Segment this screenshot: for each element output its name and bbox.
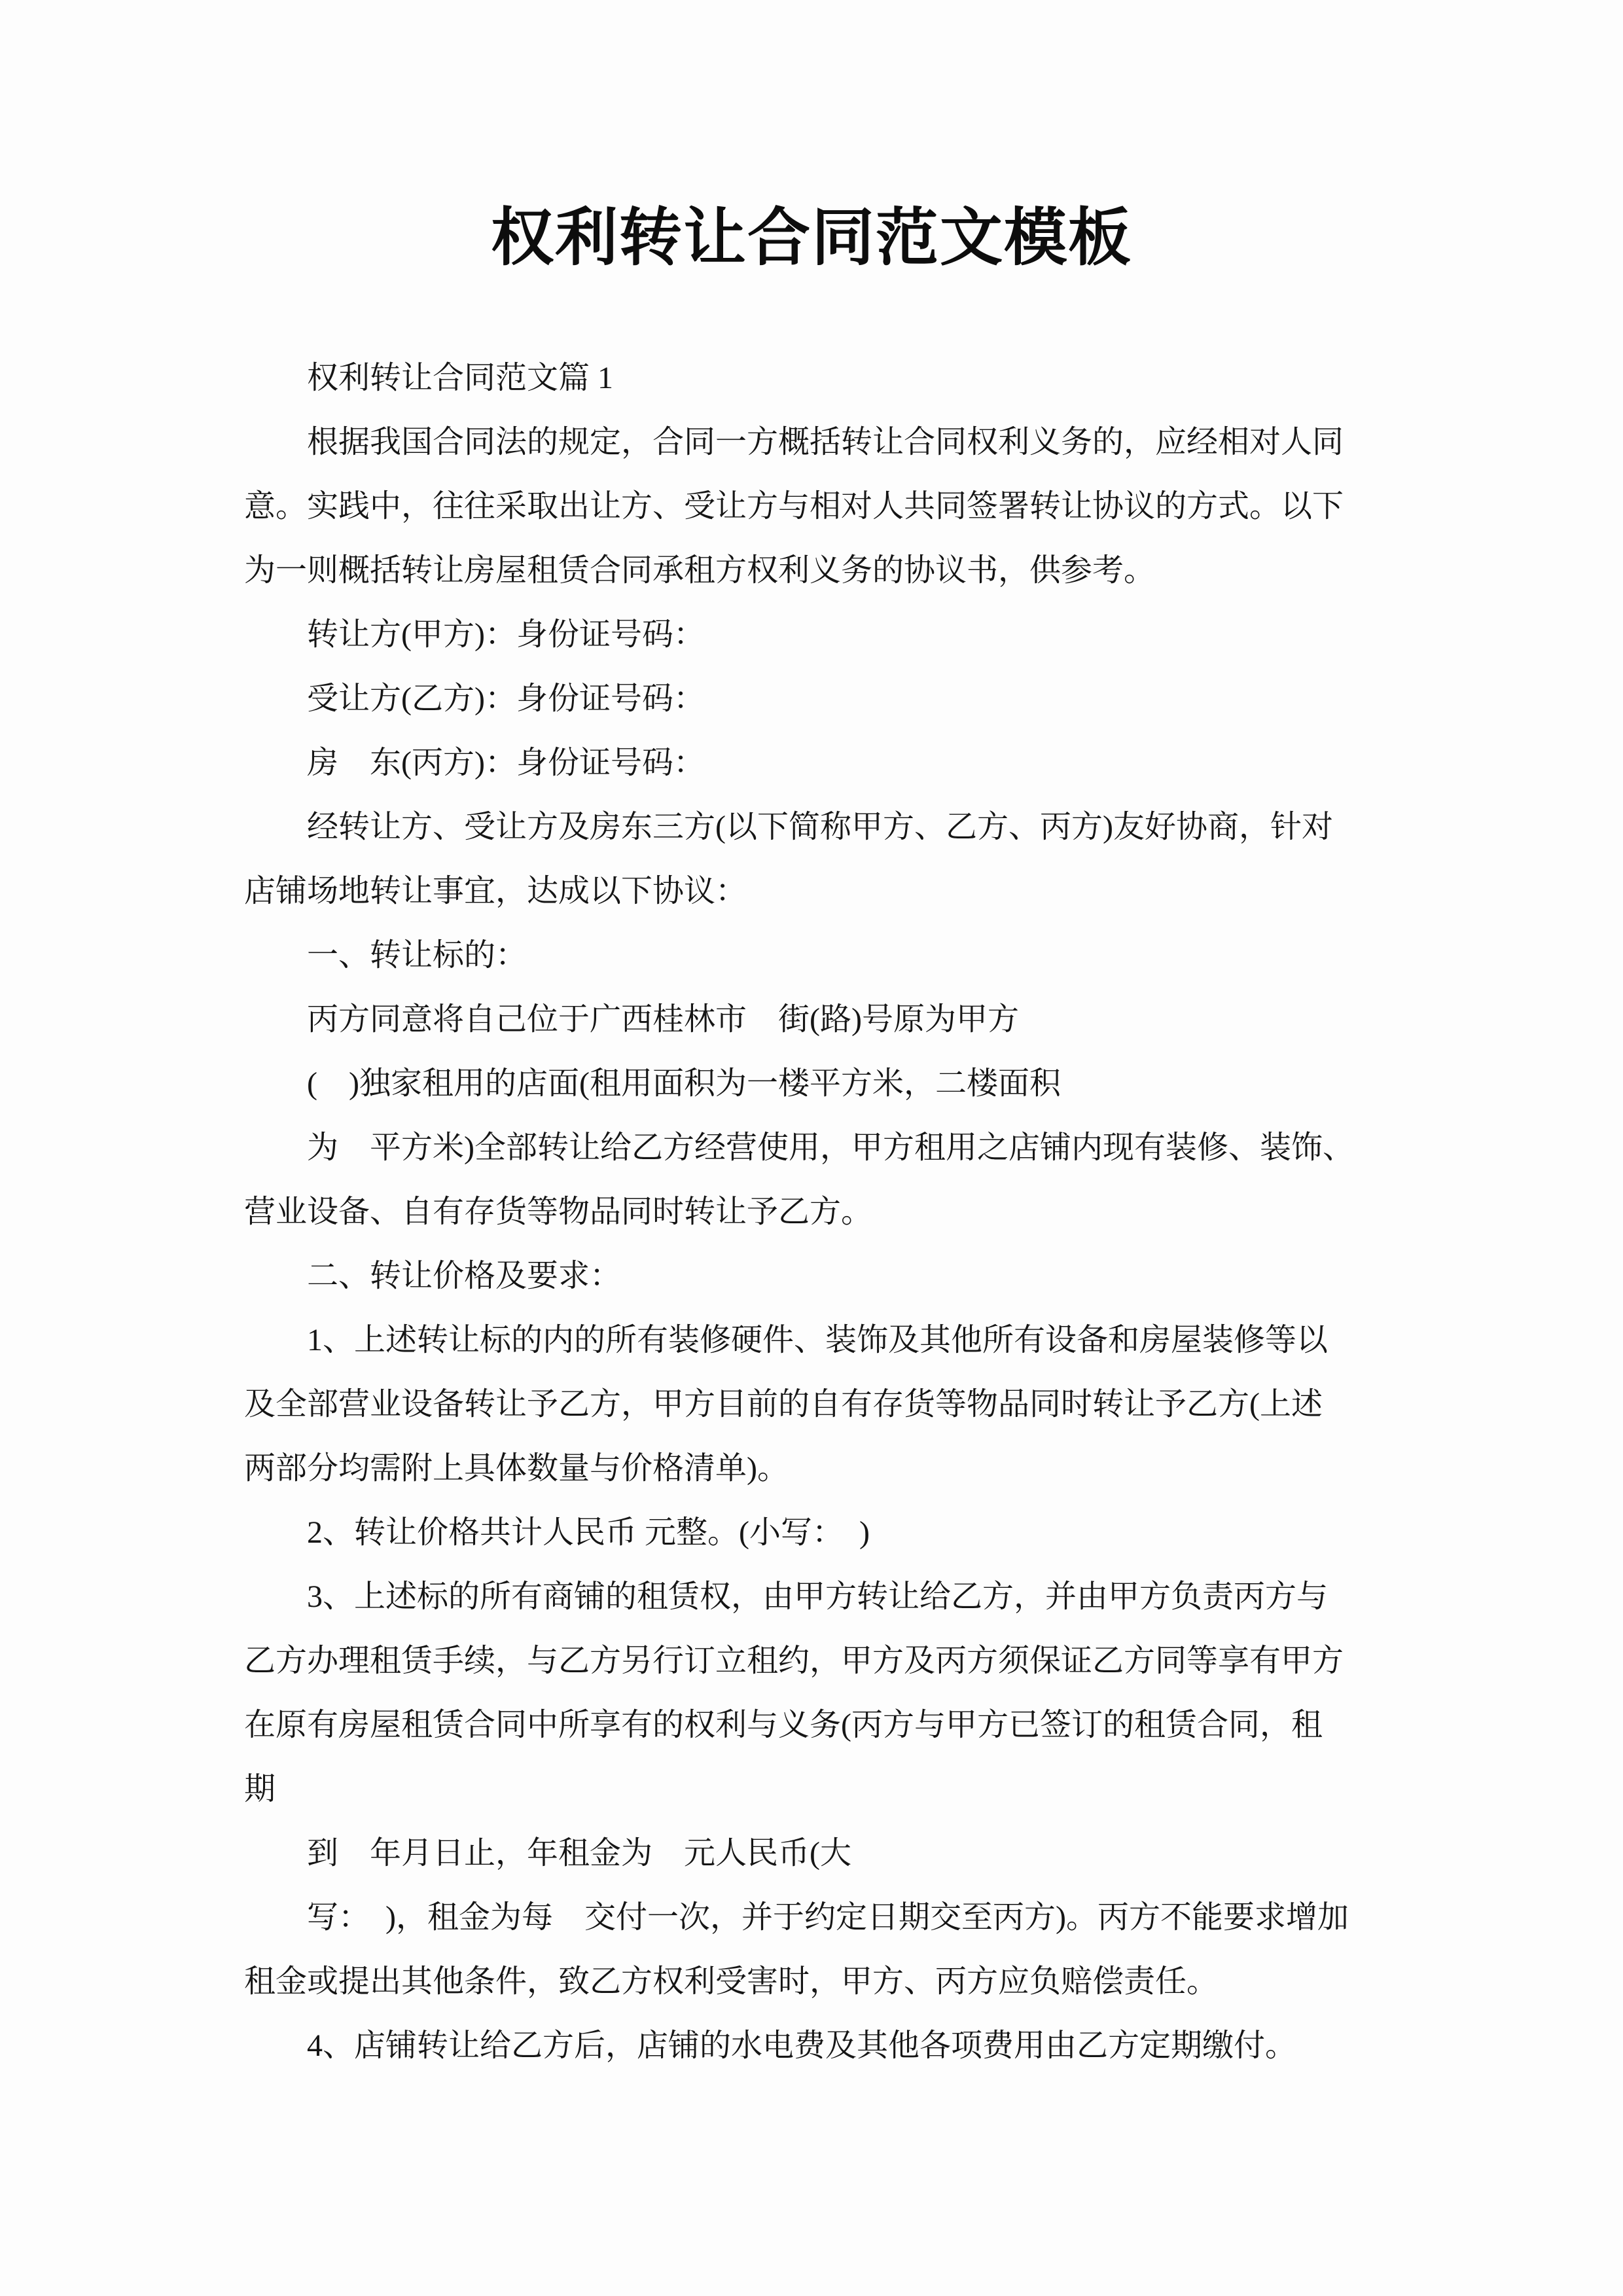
document-line: 转让方(甲方)：身份证号码：	[244, 603, 1396, 667]
document-line: 期	[244, 1757, 1396, 1821]
document-line: 在原有房屋租赁合同中所享有的权利与义务(丙方与甲方已签订的租赁合同，租	[244, 1693, 1396, 1757]
document-line: 营业设备、自有存货等物品同时转让予乙方。	[244, 1180, 1396, 1244]
document-line: 为一则概括转让房屋租赁合同承租方权利义务的协议书，供参考。	[244, 539, 1396, 603]
document-line: 经转让方、受让方及房东三方(以下简称甲方、乙方、丙方)友好协商，针对	[244, 795, 1396, 859]
document-line: 权利转让合同范文篇 1	[244, 346, 1396, 410]
document-line: 丙方同意将自己位于广西桂林市 街(路)号原为甲方	[244, 988, 1396, 1052]
document-line: 二、转让价格及要求：	[244, 1244, 1396, 1308]
document-line: 房 东(丙方)：身份证号码：	[244, 731, 1396, 795]
document-line: ( )独家租用的店面(租用面积为一楼平方米，二楼面积	[244, 1052, 1396, 1116]
document-line: 租金或提出其他条件，致乙方权利受害时，甲方、丙方应负赔偿责任。	[244, 1950, 1396, 2014]
document-body: 权利转让合同范文篇 1根据我国合同法的规定，合同一方概括转让合同权利义务的，应经…	[244, 346, 1396, 2078]
document-line: 受让方(乙方)：身份证号码：	[244, 667, 1396, 731]
document-line: 2、转让价格共计人民币 元整。(小写： )	[244, 1501, 1396, 1565]
document-line: 4、店铺转让给乙方后，店铺的水电费及其他各项费用由乙方定期缴付。	[244, 2014, 1396, 2078]
document-line: 意。实践中，往往采取出让方、受让方与相对人共同签署转让协议的方式。以下	[244, 475, 1396, 539]
document-line: 为 平方米)全部转让给乙方经营使用，甲方租用之店铺内现有装修、装饰、	[244, 1116, 1396, 1180]
document-line: 及全部营业设备转让予乙方，甲方目前的自有存货等物品同时转让予乙方(上述	[244, 1372, 1396, 1437]
document-line: 到 年月日止，年租金为 元人民币(大	[244, 1821, 1396, 1886]
document-line: 根据我国合同法的规定，合同一方概括转让合同权利义务的，应经相对人同	[244, 410, 1396, 475]
document-line: 乙方办理租赁手续，与乙方另行订立租约，甲方及丙方须保证乙方同等享有甲方	[244, 1629, 1396, 1693]
document-page: 权利转让合同范文模板 权利转让合同范文篇 1根据我国合同法的规定，合同一方概括转…	[0, 0, 1623, 2296]
document-line: 1、上述转让标的内的所有装修硬件、装饰及其他所有设备和房屋装修等以	[244, 1308, 1396, 1372]
document-line: 两部分均需附上具体数量与价格清单)。	[244, 1437, 1396, 1501]
document-line: 一、转让标的：	[244, 924, 1396, 988]
document-line: 店铺场地转让事宜，达成以下协议：	[244, 859, 1396, 924]
document-line: 3、上述标的所有商铺的租赁权，由甲方转让给乙方，并由甲方负责丙方与	[244, 1565, 1396, 1629]
document-line: 写： )，租金为每 交付一次，并于约定日期交至丙方)。丙方不能要求增加	[244, 1886, 1396, 1950]
document-title: 权利转让合同范文模板	[0, 0, 1623, 278]
